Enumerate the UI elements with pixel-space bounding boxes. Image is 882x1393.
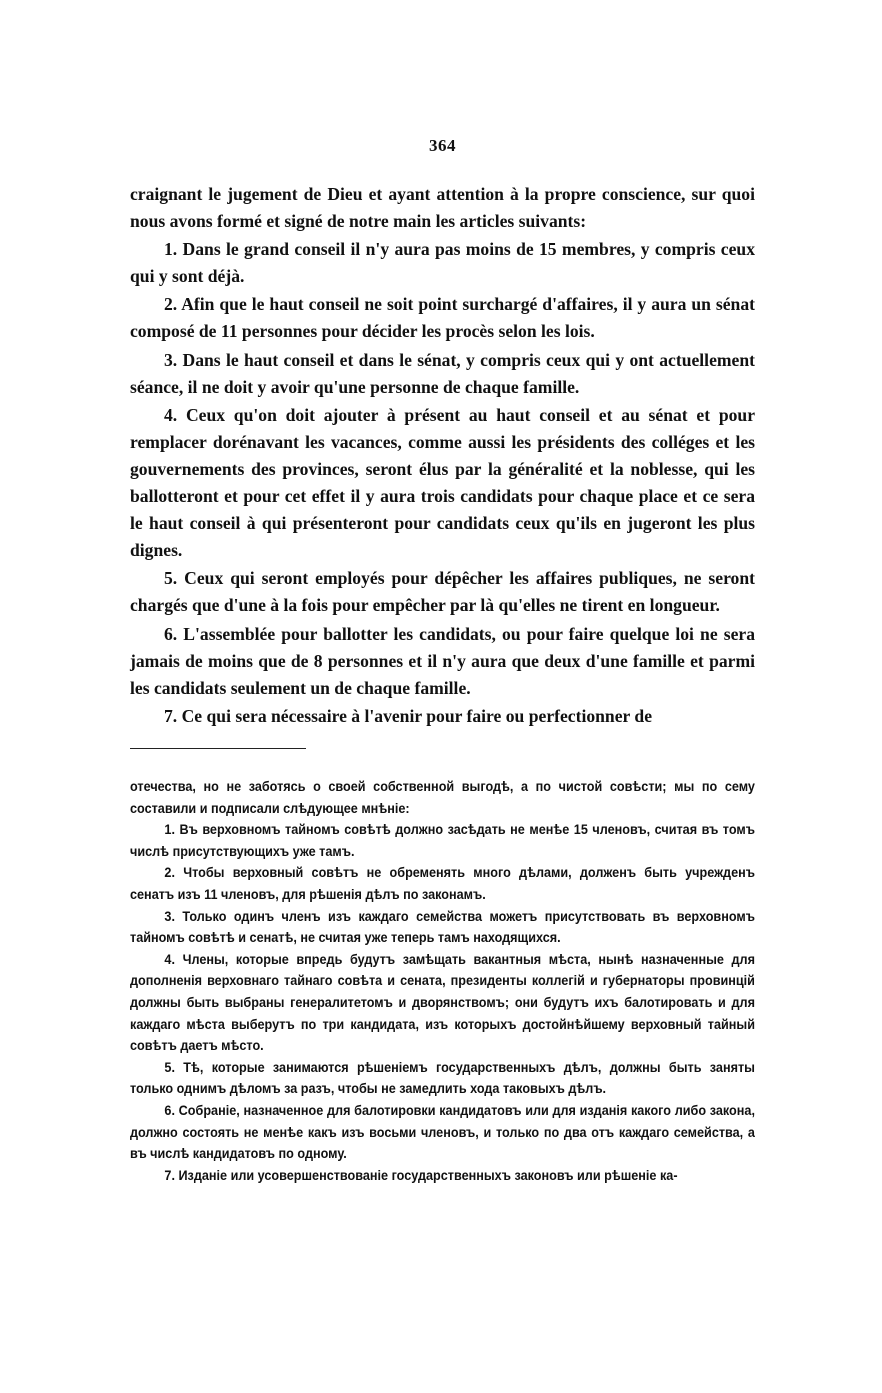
article-5: 5. Ceux qui seront employés pour dépêche… <box>130 565 755 619</box>
main-text-body: craignant le jugement de Dieu et ayant a… <box>130 181 755 730</box>
footnote-article-3: 3. Только одинъ членъ изъ каждаго семейс… <box>130 906 755 949</box>
footnote-russian-text: отечества, но не заботясь о своей собств… <box>130 776 755 1186</box>
article-3: 3. Dans le haut conseil et dans le sénat… <box>130 347 755 401</box>
footnote-continuation: отечества, но не заботясь о своей собств… <box>130 776 755 819</box>
article-1: 1. Dans le grand conseil il n'y aura pas… <box>130 236 755 290</box>
article-6: 6. L'assemblée pour ballotter les candid… <box>130 621 755 702</box>
article-4: 4. Ceux qu'on doit ajouter à présent au … <box>130 402 755 565</box>
article-7: 7. Ce qui sera nécessaire à l'avenir pou… <box>130 703 755 730</box>
footnote-article-2: 2. Чтобы верховный совѣтъ не обременять … <box>130 862 755 905</box>
footnote-divider <box>130 748 306 749</box>
footnote-article-5: 5. Тѣ, которые занимаются рѣшеніемъ госу… <box>130 1057 755 1100</box>
footnote-article-4: 4. Члены, которые впредь будутъ замѣщать… <box>130 949 755 1057</box>
page-number: 364 <box>130 136 755 156</box>
paragraph-continuation: craignant le jugement de Dieu et ayant a… <box>130 181 755 235</box>
article-2: 2. Afin que le haut conseil ne soit poin… <box>130 291 755 345</box>
footnote-article-7: 7. Изданіе или усовершенствованіе госуда… <box>130 1165 755 1187</box>
footnote-article-6: 6. Собраніе, назначенное для балотировки… <box>130 1100 755 1165</box>
footnote-article-1: 1. Въ верховномъ тайномъ совѣтѣ должно з… <box>130 819 755 862</box>
